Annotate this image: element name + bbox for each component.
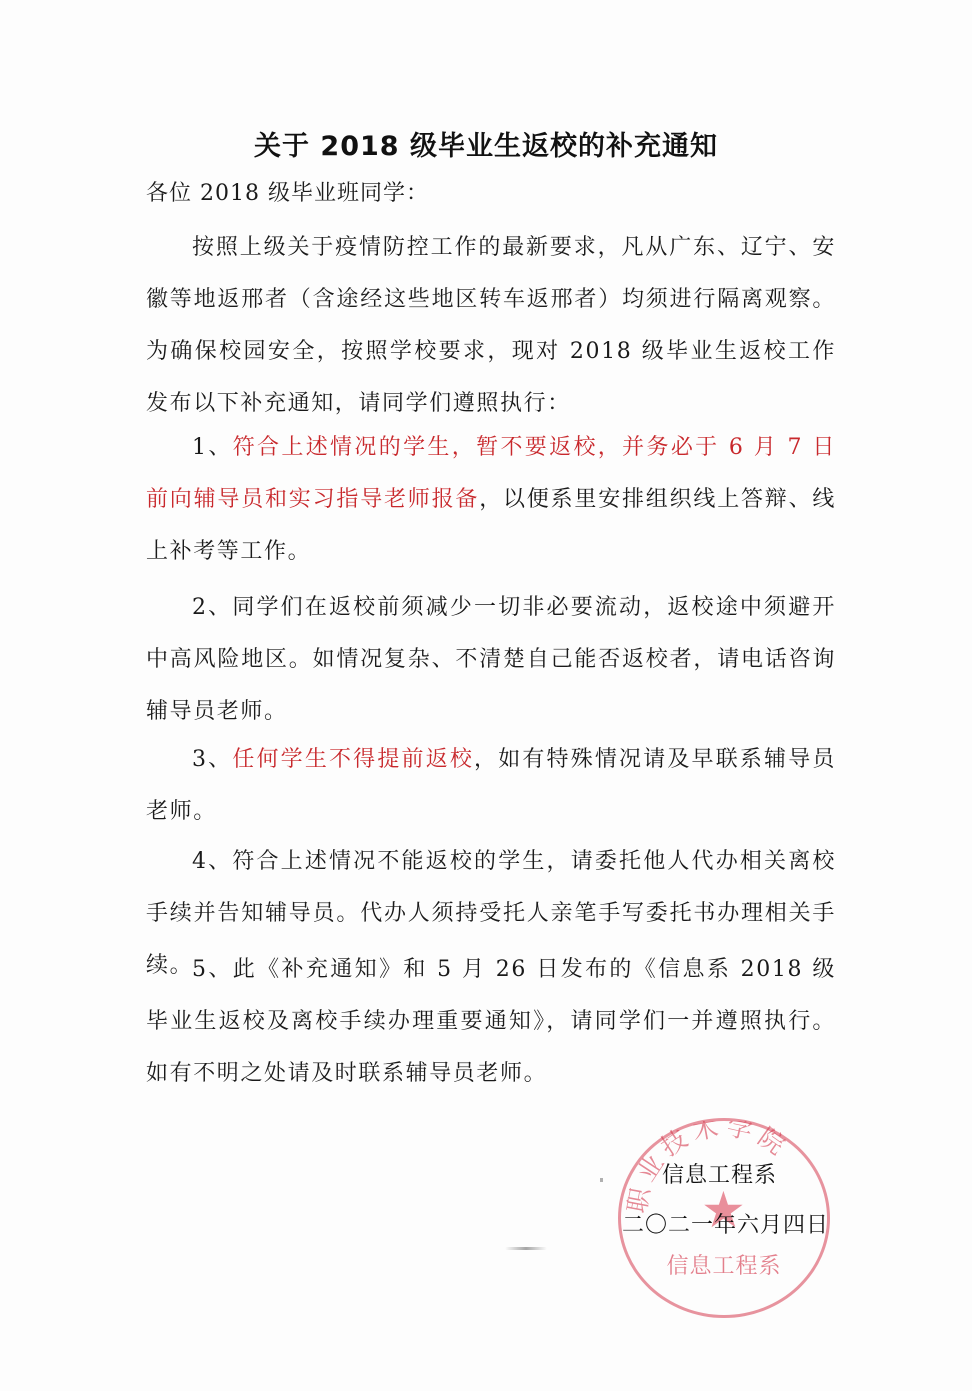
item-5: 5、此《补充通知》和 5 月 26 日发布的《信息系 2018 级毕业生返校及离… — [146, 944, 836, 1100]
item-1: 1、符合上述情况的学生，暂不要返校，并务必于 6 月 7 日前向辅导员和实习指导… — [146, 422, 836, 578]
item-2: 2、同学们在返校前须减少一切非必要流动，返校途中须避开中高风险地区。如情况复杂、… — [146, 582, 836, 738]
seal-center-text: 信息工程系 — [621, 1249, 827, 1280]
scan-smudge — [505, 1247, 547, 1250]
document-page: 关于 2018 级毕业生返校的补充通知 各位 2018 级毕业班同学： 按照上级… — [0, 0, 972, 1391]
item-number: 3、 — [192, 747, 232, 772]
item-highlight: 任何学生不得提前返校 — [232, 747, 474, 772]
document-title: 关于 2018 级毕业生返校的补充通知 — [0, 124, 972, 163]
item-number: 1、 — [192, 435, 233, 460]
item-text: 此《补充通知》和 5 月 26 日发布的《信息系 2018 级毕业生返校及离校手… — [146, 957, 836, 1086]
item-number: 4、 — [192, 849, 232, 874]
item-number: 2、 — [192, 595, 232, 620]
intro-paragraph: 按照上级关于疫情防控工作的最新要求，凡从广东、辽宁、安徽等地返邢者（含途经这些地… — [146, 222, 836, 430]
scan-mark — [600, 1178, 603, 1182]
item-3: 3、任何学生不得提前返校，如有特殊情况请及早联系辅导员老师。 — [146, 734, 836, 838]
signature-department: 信息工程系 — [662, 1158, 777, 1189]
item-number: 5、 — [192, 957, 233, 982]
signature-date: 二〇二一年六月四日 — [622, 1208, 829, 1239]
item-text: 同学们在返校前须减少一切非必要流动，返校途中须避开中高风险地区。如情况复杂、不清… — [146, 595, 836, 724]
salutation: 各位 2018 级毕业班同学： — [146, 176, 429, 207]
